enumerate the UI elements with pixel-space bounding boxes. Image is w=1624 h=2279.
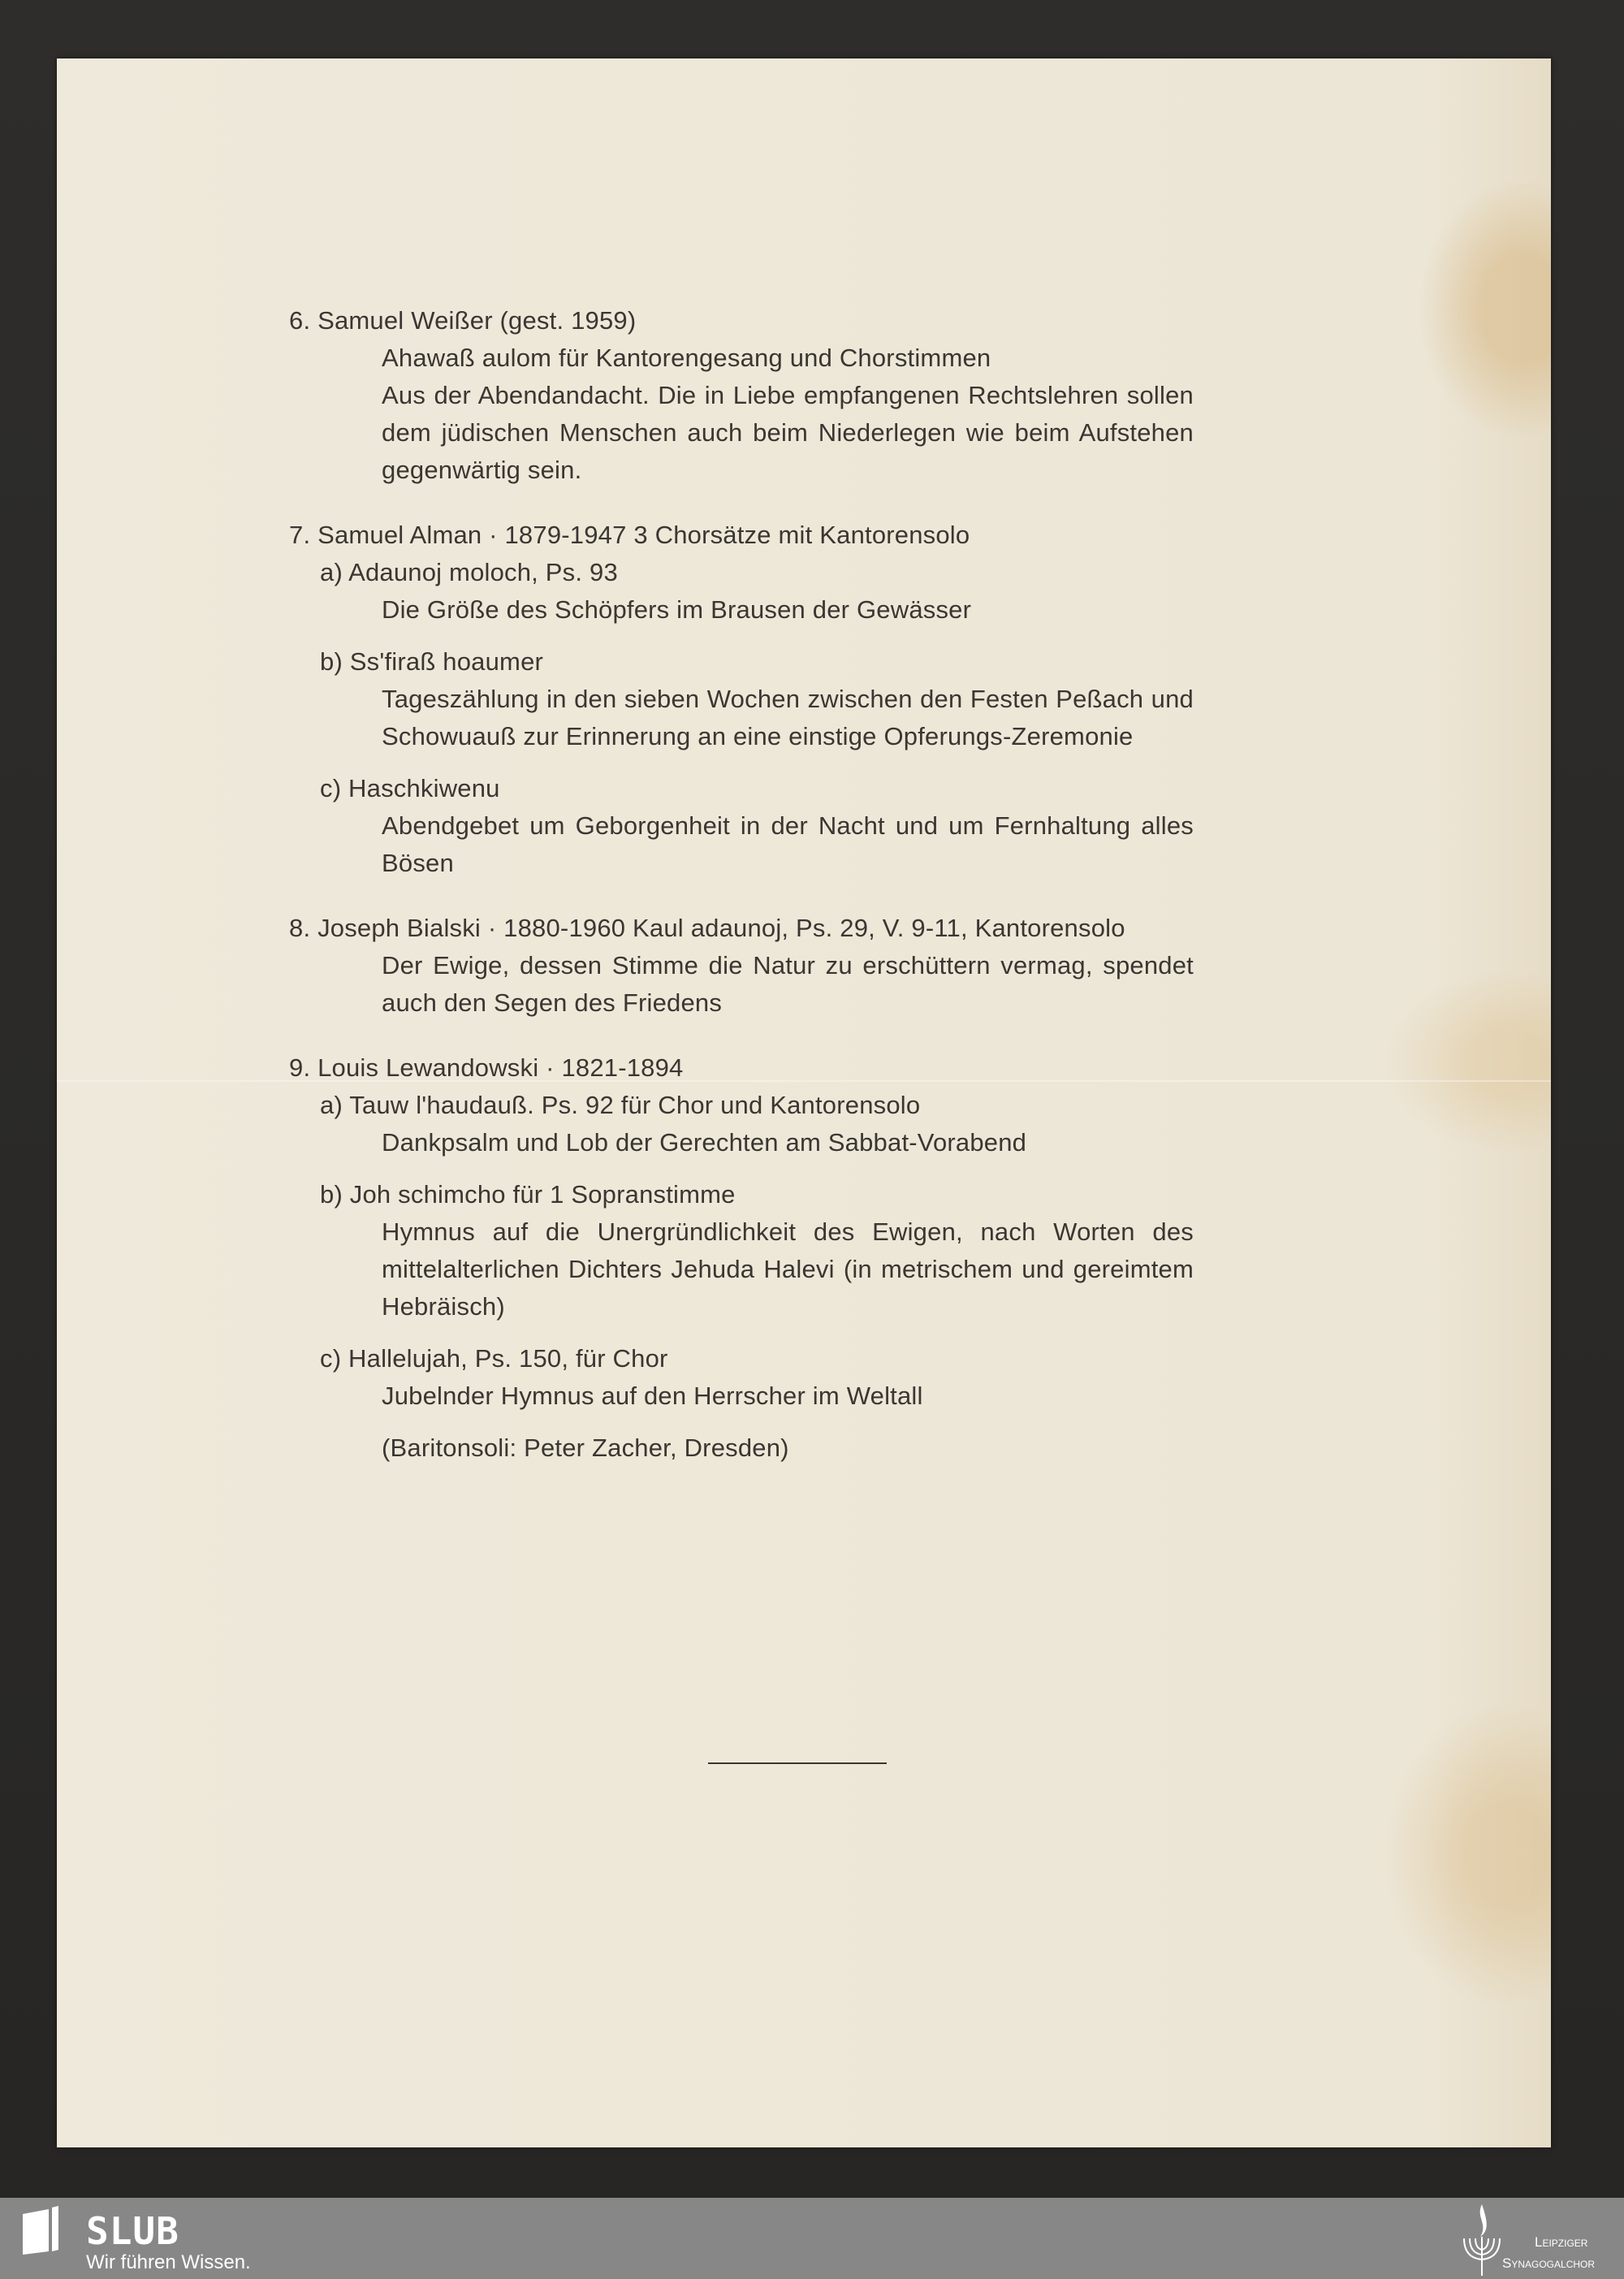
entry-heading: 6. Samuel Weißer (gest. 1959) xyxy=(289,302,1263,339)
performer-credit: (Baritonsoli: Peter Zacher, Dresden) xyxy=(289,1429,1263,1467)
closing-rule xyxy=(708,1762,887,1764)
entry-description: Der Ewige, dessen Stimme die Natur zu er… xyxy=(289,947,1194,1022)
entry-description: Aus der Abendandacht. Die in Liebe empfa… xyxy=(289,377,1194,489)
book-icon xyxy=(19,2206,65,2255)
choir-name: Leipziger Synagogalchor xyxy=(1502,2232,1595,2274)
program-entry-6: 6. Samuel Weißer (gest. 1959) Ahawaß aul… xyxy=(289,302,1263,489)
part-title: c) Haschkiwenu xyxy=(289,770,1263,807)
entry-part: b) Ss'firaß hoaumer Tageszählung in den … xyxy=(289,643,1263,755)
program-entry-8: 8. Joseph Bialski · 1880-1960 Kaul adaun… xyxy=(289,910,1263,1022)
program-entry-9: 9. Louis Lewandowski · 1821-1894 a) Tauw… xyxy=(289,1049,1263,1467)
choir-name-line1: Leipziger xyxy=(1502,2232,1595,2253)
program-entry-7: 7. Samuel Alman · 1879-1947 3 Chorsätze … xyxy=(289,517,1263,882)
part-description: Hymnus auf die Unergründlichkeit des Ewi… xyxy=(289,1213,1194,1325)
viewer-footer: SLUB Wir führen Wissen. Leipziger Synago… xyxy=(0,2198,1624,2279)
slub-logo-text: SLUB xyxy=(86,2209,179,2253)
entry-part: c) Hallelujah, Ps. 150, für Chor Jubelnd… xyxy=(289,1340,1263,1415)
entry-heading: 8. Joseph Bialski · 1880-1960 Kaul adaun… xyxy=(289,910,1263,947)
entry-heading: 9. Louis Lewandowski · 1821-1894 xyxy=(289,1049,1263,1087)
entry-part: a) Adaunoj moloch, Ps. 93 Die Größe des … xyxy=(289,554,1263,629)
entry-part: a) Tauw l'haudauß. Ps. 92 für Chor und K… xyxy=(289,1087,1263,1161)
part-title: b) Ss'firaß hoaumer xyxy=(289,643,1263,681)
part-title: c) Hallelujah, Ps. 150, für Chor xyxy=(289,1340,1263,1377)
menorah-flame-icon xyxy=(1458,2201,1506,2277)
part-title: a) Adaunoj moloch, Ps. 93 xyxy=(289,554,1263,591)
choir-name-line2: Synagogalchor xyxy=(1502,2253,1595,2274)
part-title: a) Tauw l'haudauß. Ps. 92 für Chor und K… xyxy=(289,1087,1263,1124)
part-description: Die Größe des Schöpfers im Brausen der G… xyxy=(289,591,1194,629)
entry-part: b) Joh schimcho für 1 Sopranstimme Hymnu… xyxy=(289,1176,1263,1325)
program-content: 6. Samuel Weißer (gest. 1959) Ahawaß aul… xyxy=(289,302,1263,1494)
part-description: Jubelnder Hymnus auf den Herrscher im We… xyxy=(289,1377,1194,1415)
part-description: Dankpsalm und Lob der Gerechten am Sabba… xyxy=(289,1124,1194,1161)
entry-work: Ahawaß aulom für Kantorengesang und Chor… xyxy=(289,339,1194,377)
part-description: Tageszählung in den sieben Wochen zwisch… xyxy=(289,681,1194,755)
entry-part: c) Haschkiwenu Abendgebet um Geborgenhei… xyxy=(289,770,1263,882)
entry-heading: 7. Samuel Alman · 1879-1947 3 Chorsätze … xyxy=(289,517,1263,554)
part-title: b) Joh schimcho für 1 Sopranstimme xyxy=(289,1176,1263,1213)
part-description: Abendgebet um Geborgenheit in der Nacht … xyxy=(289,807,1194,882)
slub-tagline: Wir führen Wissen. xyxy=(86,2251,251,2274)
